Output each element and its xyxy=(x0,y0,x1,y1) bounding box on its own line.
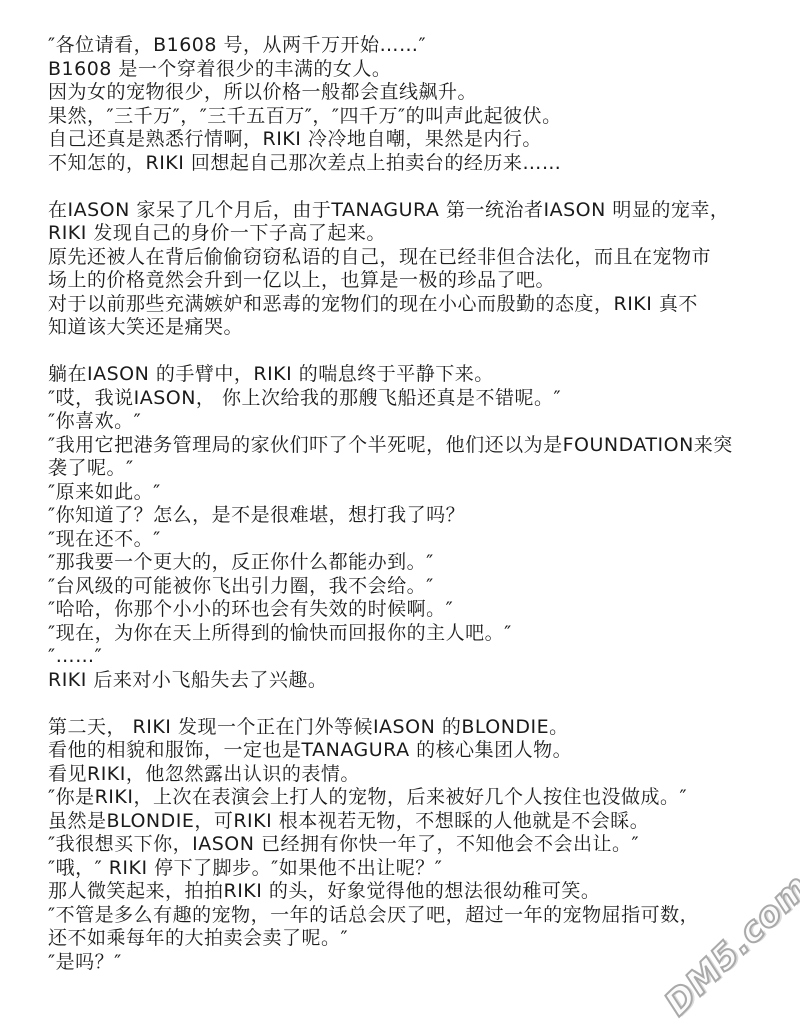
text-line: ″各位请看，B1608 号，从两千万开始……″ xyxy=(48,34,790,58)
text-line: ″现在还不。″ xyxy=(48,528,790,552)
text-line: 看他的相貌和服饰，一定也是TANAGURA 的核心集团人物。 xyxy=(48,739,790,763)
text-line: ″原来如此。″ xyxy=(48,481,790,505)
text-line: 还不如乘每年的大拍卖会卖了呢。″ xyxy=(48,927,790,951)
text-line: ″台风级的可能被你飞出引力圈，我不会给。″ xyxy=(48,575,790,599)
text-line: ″哈哈，你那个小小的环也会有失效的时候啊。″ xyxy=(48,598,790,622)
text-line: ″……″ xyxy=(48,645,790,669)
document-page: ″各位请看，B1608 号，从两千万开始……″B1608 是一个穿着很少的丰满的… xyxy=(0,0,800,1035)
text-line: 场上的价格竟然会升到一亿以上，也算是一极的珍品了吧。 xyxy=(48,269,790,293)
text-line: 因为女的宠物很少，所以价格一般都会直线飙升。 xyxy=(48,81,790,105)
paragraph: 第二天， RIKI 发现一个正在门外等候IASON 的BLONDIE。看他的相貌… xyxy=(48,716,790,975)
text-line: ″哦，″ RIKI 停下了脚步。″如果他不出让呢？″ xyxy=(48,857,790,881)
text-line: ″那我要一个更大的，反正你什么都能办到。″ xyxy=(48,551,790,575)
text-line: 在IASON 家呆了几个月后，由于TANAGURA 第一统治者IASON 明显的… xyxy=(48,199,790,223)
text-line: RIKI 发现自己的身价一下子高了起来。 xyxy=(48,222,790,246)
text-line: 对于以前那些充满嫉妒和恶毒的宠物们的现在小心而殷勤的态度，RIKI 真不 xyxy=(48,293,790,317)
text-line: 看见RIKI，他忽然露出认识的表情。 xyxy=(48,763,790,787)
text-line: 自己还真是熟悉行情啊，RIKI 冷冷地自嘲，果然是内行。 xyxy=(48,128,790,152)
paragraph: ″各位请看，B1608 号，从两千万开始……″B1608 是一个穿着很少的丰满的… xyxy=(48,34,790,175)
text-line: 果然，″三千万″，″三千五百万″，″四千万″的叫声此起彼伏。 xyxy=(48,105,790,129)
text-line: 知道该大笑还是痛哭。 xyxy=(48,316,790,340)
text-line: RIKI 后来对小飞船失去了兴趣。 xyxy=(48,669,790,693)
text-line: 那人微笑起来，拍拍RIKI 的头，好象觉得他的想法很幼稚可笑。 xyxy=(48,880,790,904)
text-line: ″你是RIKI，上次在表演会上打人的宠物，后来被好几个人按住也没做成。″ xyxy=(48,786,790,810)
text-line: ″我用它把港务管理局的家伙们吓了个半死呢，他们还以为是FOUNDATION来突 xyxy=(48,434,790,458)
text-line: ″哎，我说IASON， 你上次给我的那艘飞船还真是不错呢。″ xyxy=(48,387,790,411)
text-line: 袭了呢。″ xyxy=(48,457,790,481)
text-line: 第二天， RIKI 发现一个正在门外等候IASON 的BLONDIE。 xyxy=(48,716,790,740)
text-line: 不知怎的，RIKI 回想起自己那次差点上拍卖台的经历来…… xyxy=(48,152,790,176)
paragraph: 在IASON 家呆了几个月后，由于TANAGURA 第一统治者IASON 明显的… xyxy=(48,199,790,340)
text-line: 躺在IASON 的手臂中，RIKI 的喘息终于平静下来。 xyxy=(48,363,790,387)
document-text: ″各位请看，B1608 号，从两千万开始……″B1608 是一个穿着很少的丰满的… xyxy=(48,34,790,998)
text-line: ″不管是多么有趣的宠物，一年的话总会厌了吧，超过一年的宠物屈指可数， xyxy=(48,904,790,928)
text-line: 虽然是BLONDIE，可RIKI 根本视若无物，不想睬的人他就是不会睬。 xyxy=(48,810,790,834)
text-line: ″你喜欢。″ xyxy=(48,410,790,434)
text-line: ″现在，为你在天上所得到的愉快而回报你的主人吧。″ xyxy=(48,622,790,646)
paragraph: 躺在IASON 的手臂中，RIKI 的喘息终于平静下来。″哎，我说IASON， … xyxy=(48,363,790,692)
text-line: 原先还被人在背后偷偷窃窃私语的自己，现在已经非但合法化，而且在宠物市 xyxy=(48,246,790,270)
text-line: ″你知道了？怎么，是不是很难堪，想打我了吗？ xyxy=(48,504,790,528)
text-line: ″我很想买下你，IASON 已经拥有你快一年了，不知他会不会出让。″ xyxy=(48,833,790,857)
text-line: B1608 是一个穿着很少的丰满的女人。 xyxy=(48,58,790,82)
text-line: ″是吗？″ xyxy=(48,951,790,975)
